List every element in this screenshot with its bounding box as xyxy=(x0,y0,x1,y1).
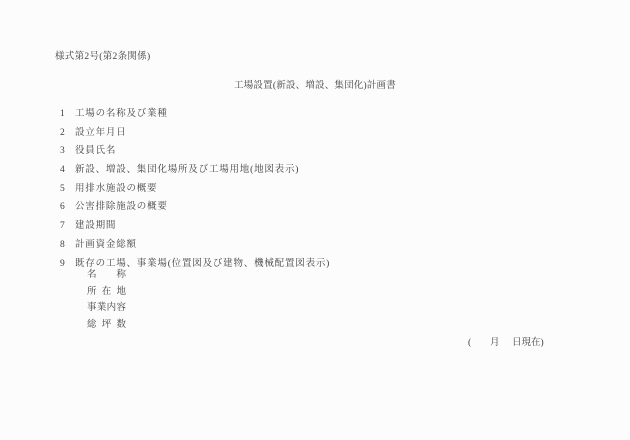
item-text: 工場の名称及び業種 xyxy=(75,108,168,120)
item-text: 建設期間 xyxy=(75,220,116,232)
as-of-date-note: ( 月 日現在) xyxy=(0,337,630,351)
document-page: 様式第2号(第2条関係) 工場設置(新設、増設、集団化)計画書 1 工場の名称及… xyxy=(0,0,630,440)
item-text: 計画資金総額 xyxy=(75,239,137,251)
sub-item-label: 総坪数 xyxy=(87,319,126,331)
day-current-label: 日現在) xyxy=(512,337,544,349)
list-item: 1 工場の名称及び業種 xyxy=(60,108,330,127)
sub-item-label: 名称 xyxy=(87,269,126,281)
list-item: 事業内容 xyxy=(87,302,126,319)
item-number: 9 xyxy=(60,258,75,270)
item-number: 3 xyxy=(60,145,75,157)
item-text: 設立年月日 xyxy=(75,127,127,139)
sub-item-label: 事業内容 xyxy=(87,302,126,314)
numbered-item-list: 1 工場の名称及び業種 2 設立年月日 3 役員氏名 4 新設、増設、集団化場所… xyxy=(60,108,330,276)
list-item: 4 新設、増設、集団化場所及び工場用地(地図表示) xyxy=(60,164,330,183)
list-item: 総坪数 xyxy=(87,319,126,336)
list-item: 7 建設期間 xyxy=(60,220,330,239)
item-number: 8 xyxy=(60,239,75,251)
item-number: 4 xyxy=(60,164,75,176)
list-item: 8 計画資金総額 xyxy=(60,239,330,258)
existing-factory-detail-list: 名称 所在地 事業内容 総坪数 xyxy=(87,269,126,336)
document-title: 工場設置(新設、増設、集団化)計画書 xyxy=(0,80,630,92)
list-item: 5 用排水施設の概要 xyxy=(60,183,330,202)
form-number-label: 様式第2号(第2条関係) xyxy=(55,51,150,63)
item-number: 6 xyxy=(60,201,75,213)
item-number: 1 xyxy=(60,108,75,120)
sub-item-label: 所在地 xyxy=(87,286,126,298)
month-label: 月 xyxy=(490,337,500,349)
list-item: 2 設立年月日 xyxy=(60,127,330,146)
item-number: 7 xyxy=(60,220,75,232)
item-text: 新設、増設、集団化場所及び工場用地(地図表示) xyxy=(75,164,299,176)
list-item: 6 公害排除施設の概要 xyxy=(60,201,330,220)
item-number: 2 xyxy=(60,127,75,139)
item-text: 役員氏名 xyxy=(75,145,116,157)
item-text: 用排水施設の概要 xyxy=(75,183,157,195)
item-text: 既存の工場、事業場(位置図及び建物、機械配置図表示) xyxy=(75,258,330,270)
list-item: 名称 xyxy=(87,269,126,286)
item-number: 5 xyxy=(60,183,75,195)
list-item: 3 役員氏名 xyxy=(60,145,330,164)
open-paren: ( xyxy=(468,337,471,349)
list-item: 所在地 xyxy=(87,286,126,303)
item-text: 公害排除施設の概要 xyxy=(75,201,168,213)
